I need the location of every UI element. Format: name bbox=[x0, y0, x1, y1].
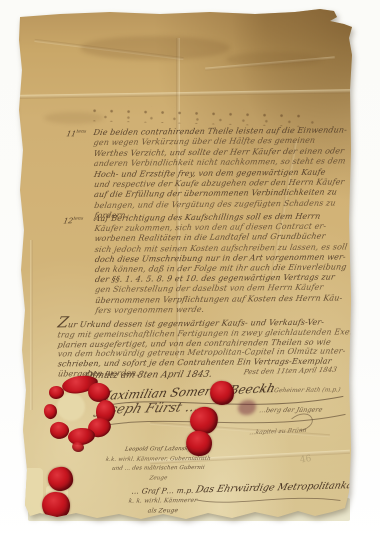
paragraph-11-label: 11tens bbox=[66, 129, 87, 138]
parchment-sheet: 11tens Die beiden contrahirenden Theile … bbox=[0, 0, 380, 544]
signature-annotation-2: …berg der Jüngere bbox=[258, 406, 323, 415]
handwriting-layer: 11tens Die beiden contrahirenden Theile … bbox=[0, 0, 380, 544]
signature-annotation-3: …kapitel zu Brünn bbox=[249, 427, 307, 437]
pencil-note: 46 bbox=[299, 454, 312, 466]
chapter-signature: Das Ehrwürdige Metropolitankapitel bbox=[194, 480, 375, 496]
paragraph-11: Die beiden contrahirenden Theile leisten… bbox=[92, 125, 343, 221]
scanned-document-photo: 11tens Die beiden contrahirenden Theile … bbox=[0, 0, 380, 544]
paragraph-12-label: 12tens bbox=[63, 216, 84, 225]
parchment-wrapper: 11tens Die beiden contrahirenden Theile … bbox=[0, 0, 380, 544]
handwriting-line: fers vorgenommen werde. bbox=[94, 303, 348, 316]
handwriting-line: Zeuge bbox=[102, 474, 214, 485]
signature-annotation-1: … k.k. Geheimer Rath (m.p.) bbox=[252, 386, 341, 394]
paragraph-12: Auf Berichtigung des Kaufschillings soll… bbox=[93, 211, 346, 316]
handwriting-line: als Zeuge bbox=[105, 506, 222, 517]
broken-wax-seal-ring bbox=[42, 376, 120, 456]
